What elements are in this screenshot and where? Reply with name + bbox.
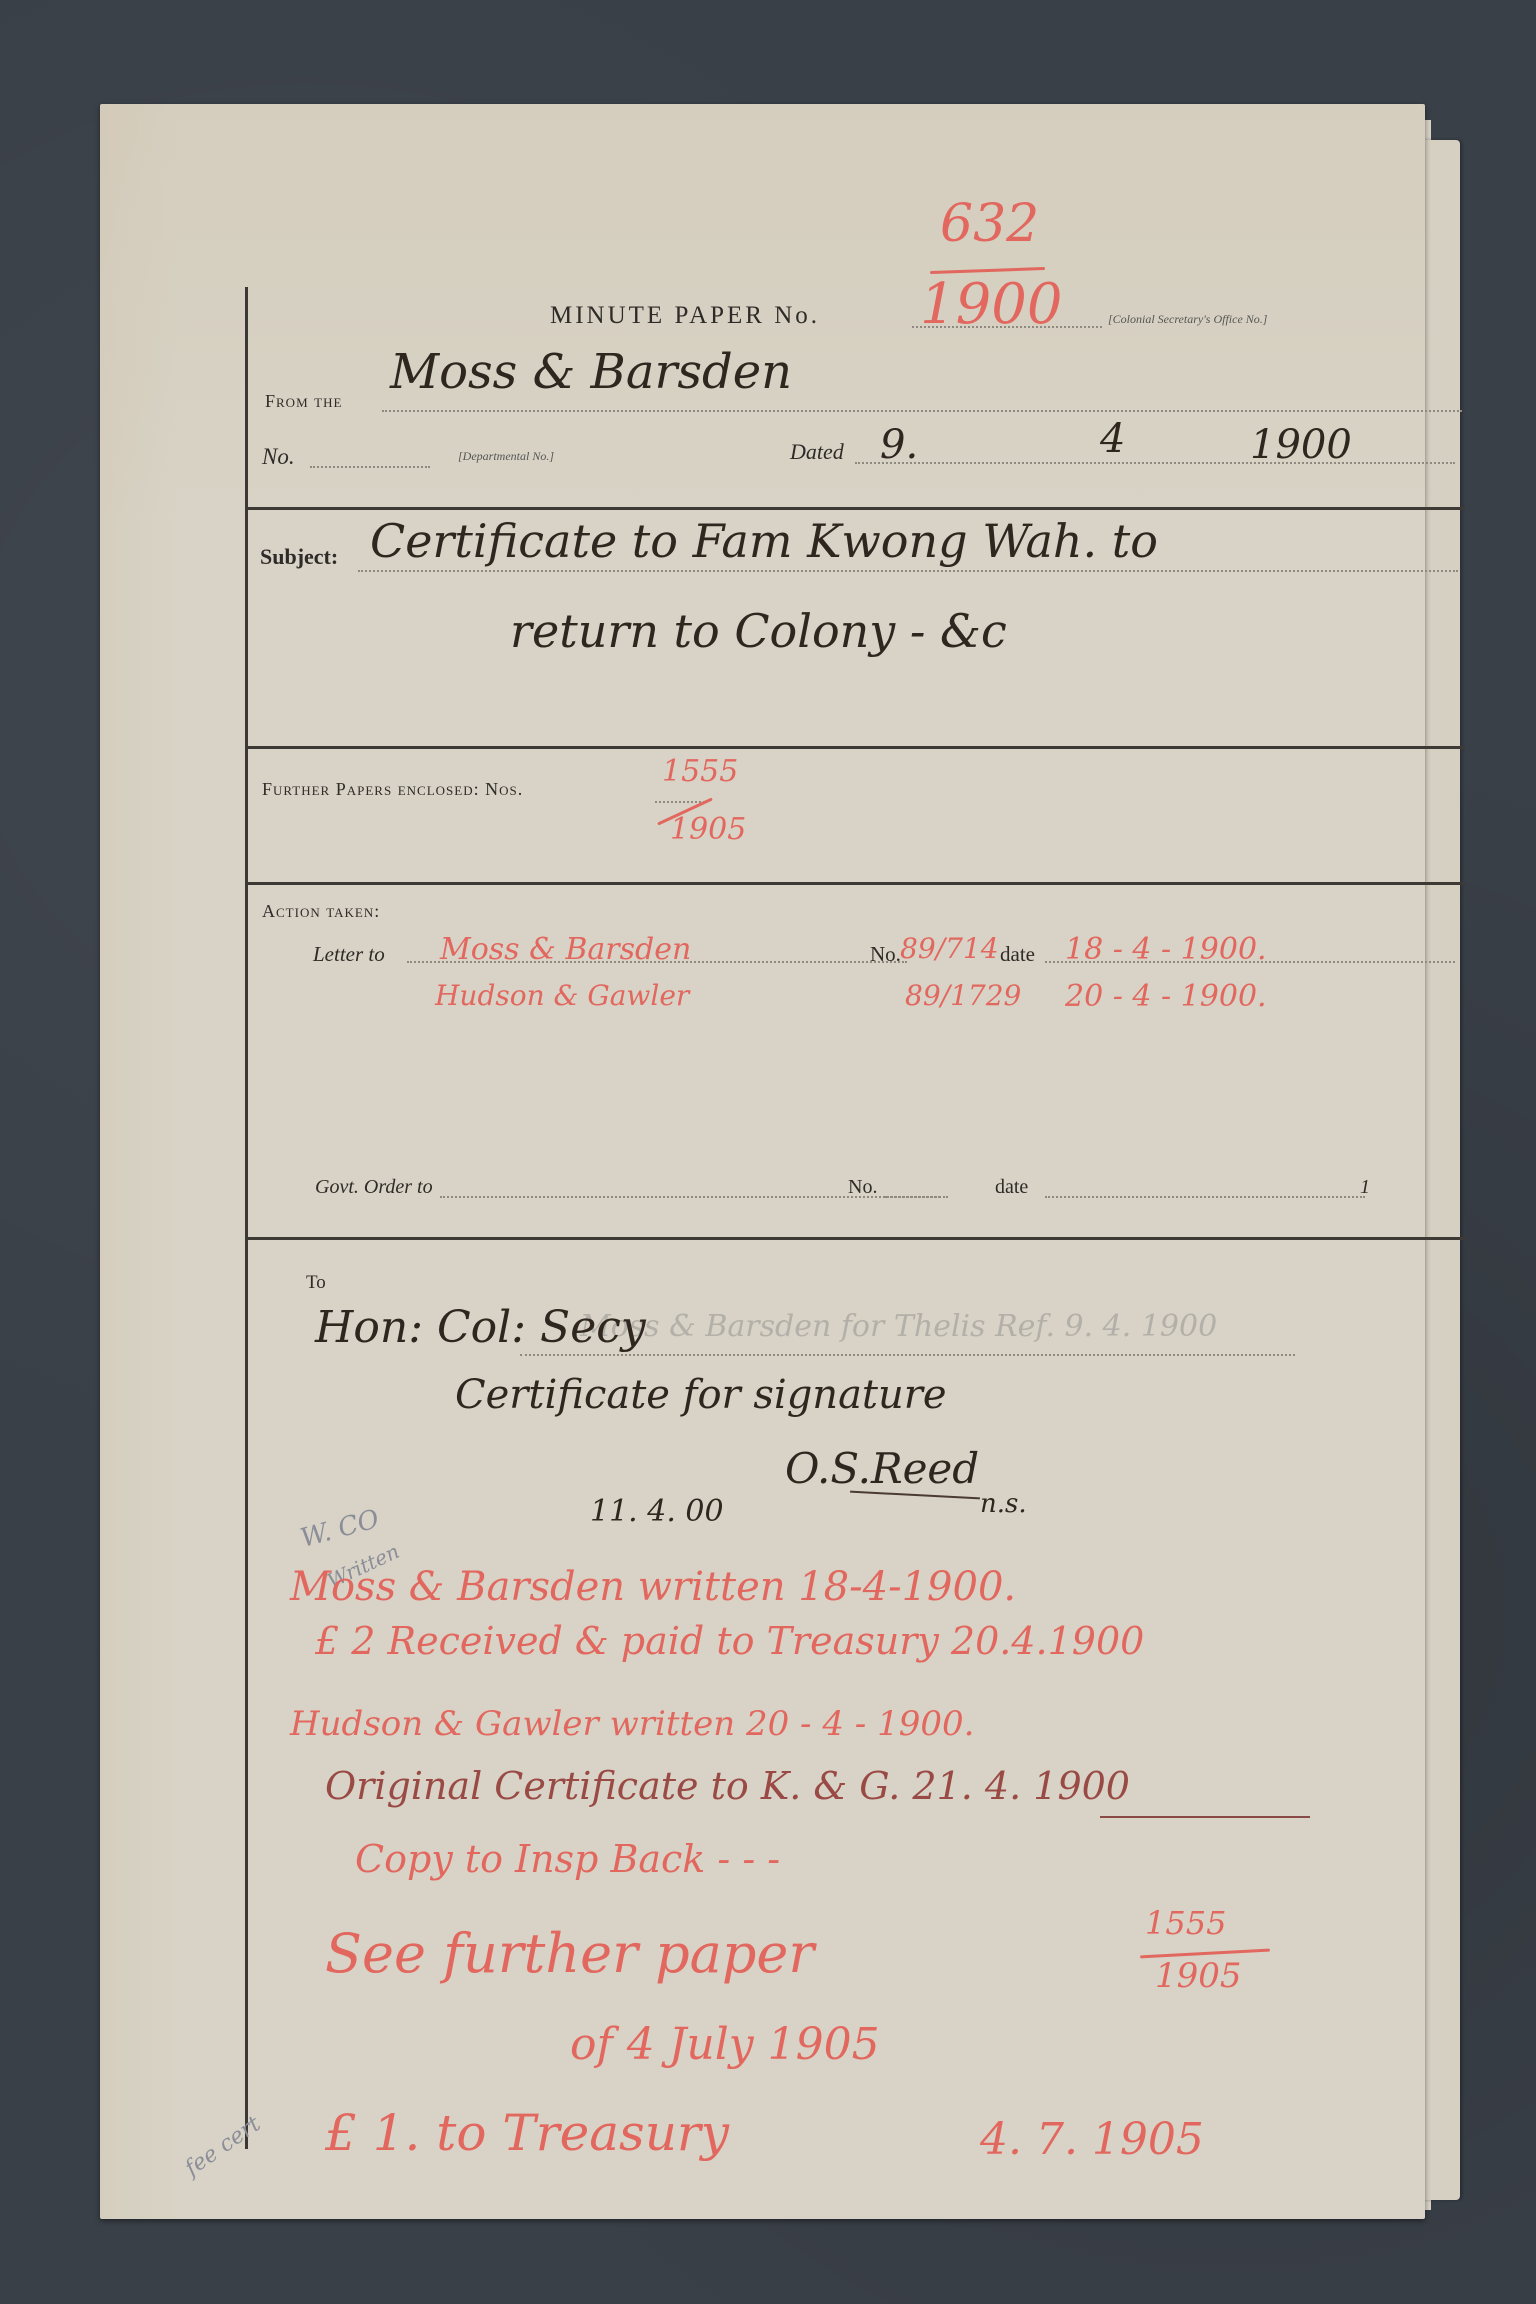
note-moss-barsden: Moss & Barsden written 18-4-1900. xyxy=(290,1564,1016,1610)
form-title: MINUTE PAPER No. xyxy=(550,302,820,330)
signature: O.S.Reed xyxy=(785,1444,979,1493)
departmental-note: [Departmental No.] xyxy=(458,449,554,464)
see-further-date: of 4 July 1905 xyxy=(570,2019,880,2070)
letter-2-no: 89/1729 xyxy=(905,979,1021,1012)
letter-no-label: No. xyxy=(870,942,901,967)
note-copy: Copy to Insp Back - - - xyxy=(355,1837,780,1881)
letter-date-label: date xyxy=(1000,942,1035,967)
further-papers-label: Further Papers enclosed: Nos. xyxy=(262,779,523,800)
form-left-border xyxy=(245,287,248,2149)
letter-1-no: 89/714 xyxy=(900,932,999,965)
minute-paper: 632 1900 MINUTE PAPER No. [Colonial Secr… xyxy=(100,104,1425,2219)
to-dots xyxy=(520,1354,1295,1356)
rule-below-further xyxy=(247,882,1465,885)
govt-date-label: date xyxy=(995,1176,1028,1199)
note-received-paid: £ 2 Received & paid to Treasury 20.4.190… xyxy=(315,1619,1144,1663)
govt-order-end: 1 xyxy=(1360,1176,1370,1199)
from-dots xyxy=(382,410,1462,412)
to-label: To xyxy=(306,1272,326,1294)
letter-2-to: Hudson & Gawler xyxy=(435,979,689,1012)
note-original-certificate: Original Certificate to K. & G. 21. 4. 1… xyxy=(325,1764,1130,1808)
from-label: From the xyxy=(265,391,342,412)
no-dots xyxy=(310,466,430,468)
from-value: Moss & Barsden xyxy=(390,344,792,400)
dated-day: 9. xyxy=(880,422,918,468)
dated-label: Dated xyxy=(790,439,844,465)
treasury-date: 4. 7. 1905 xyxy=(980,2114,1204,2165)
office-note: [Colonial Secretary's Office No.] xyxy=(1108,312,1267,327)
govt-no-label: No. xyxy=(848,1176,877,1199)
minute-number-numerator: 632 xyxy=(940,194,1039,254)
minute-date: 11. 4. 00 xyxy=(590,1494,724,1529)
rule-below-govt-order xyxy=(247,1237,1465,1240)
note-hudson-gawler: Hudson & Gawler written 20 - 4 - 1900. xyxy=(290,1704,974,1744)
letter-to-label: Letter to xyxy=(313,942,385,967)
subject-line-1: Certificate to Fam Kwong Wah. to xyxy=(370,514,1158,568)
letter-2-date: 20 - 4 - 1900. xyxy=(1065,979,1267,1014)
dated-dots xyxy=(855,462,1455,464)
govt-date-dots xyxy=(1045,1196,1365,1198)
subject-line-2: return to Colony - &c xyxy=(510,604,1007,658)
minute-number-dots xyxy=(912,326,1102,328)
govt-no-dots xyxy=(885,1196,940,1198)
action-taken-label: Action taken: xyxy=(262,901,380,922)
see-further-paper: See further paper xyxy=(325,1922,814,1985)
letter-1-to: Moss & Barsden xyxy=(440,932,691,967)
rule-below-dated xyxy=(247,507,1465,510)
further-denominator: 1905 xyxy=(670,812,746,847)
subject-label: Subject: xyxy=(260,544,338,570)
further-numerator: 1555 xyxy=(662,754,738,789)
subject-dots xyxy=(358,570,1458,572)
treasury-line: £ 1. to Treasury xyxy=(325,2104,729,2162)
pencil-margin-top: W. CO xyxy=(297,1504,382,1554)
signature-initials: n.s. xyxy=(980,1489,1027,1519)
to-value: Hon: Col: Secy xyxy=(315,1302,646,1353)
no-label: No. xyxy=(262,444,295,470)
govt-order-label: Govt. Order to xyxy=(315,1176,433,1199)
see-further-denominator: 1905 xyxy=(1155,1956,1242,1996)
dated-year: 1900 xyxy=(1250,422,1352,468)
letter-1-date: 18 - 4 - 1900. xyxy=(1065,932,1267,967)
pencil-margin-bottom: fee cert xyxy=(181,2112,266,2182)
see-further-numerator: 1555 xyxy=(1145,1904,1226,1942)
rule-below-subject xyxy=(247,746,1465,749)
to-ghost-text: Moss & Barsden for Thelis Ref. 9. 4. 190… xyxy=(580,1309,1217,1344)
original-cert-date-underline xyxy=(1100,1816,1310,1818)
minute-line: Certificate for signature xyxy=(455,1372,947,1418)
dated-month: 4 xyxy=(1100,416,1125,462)
